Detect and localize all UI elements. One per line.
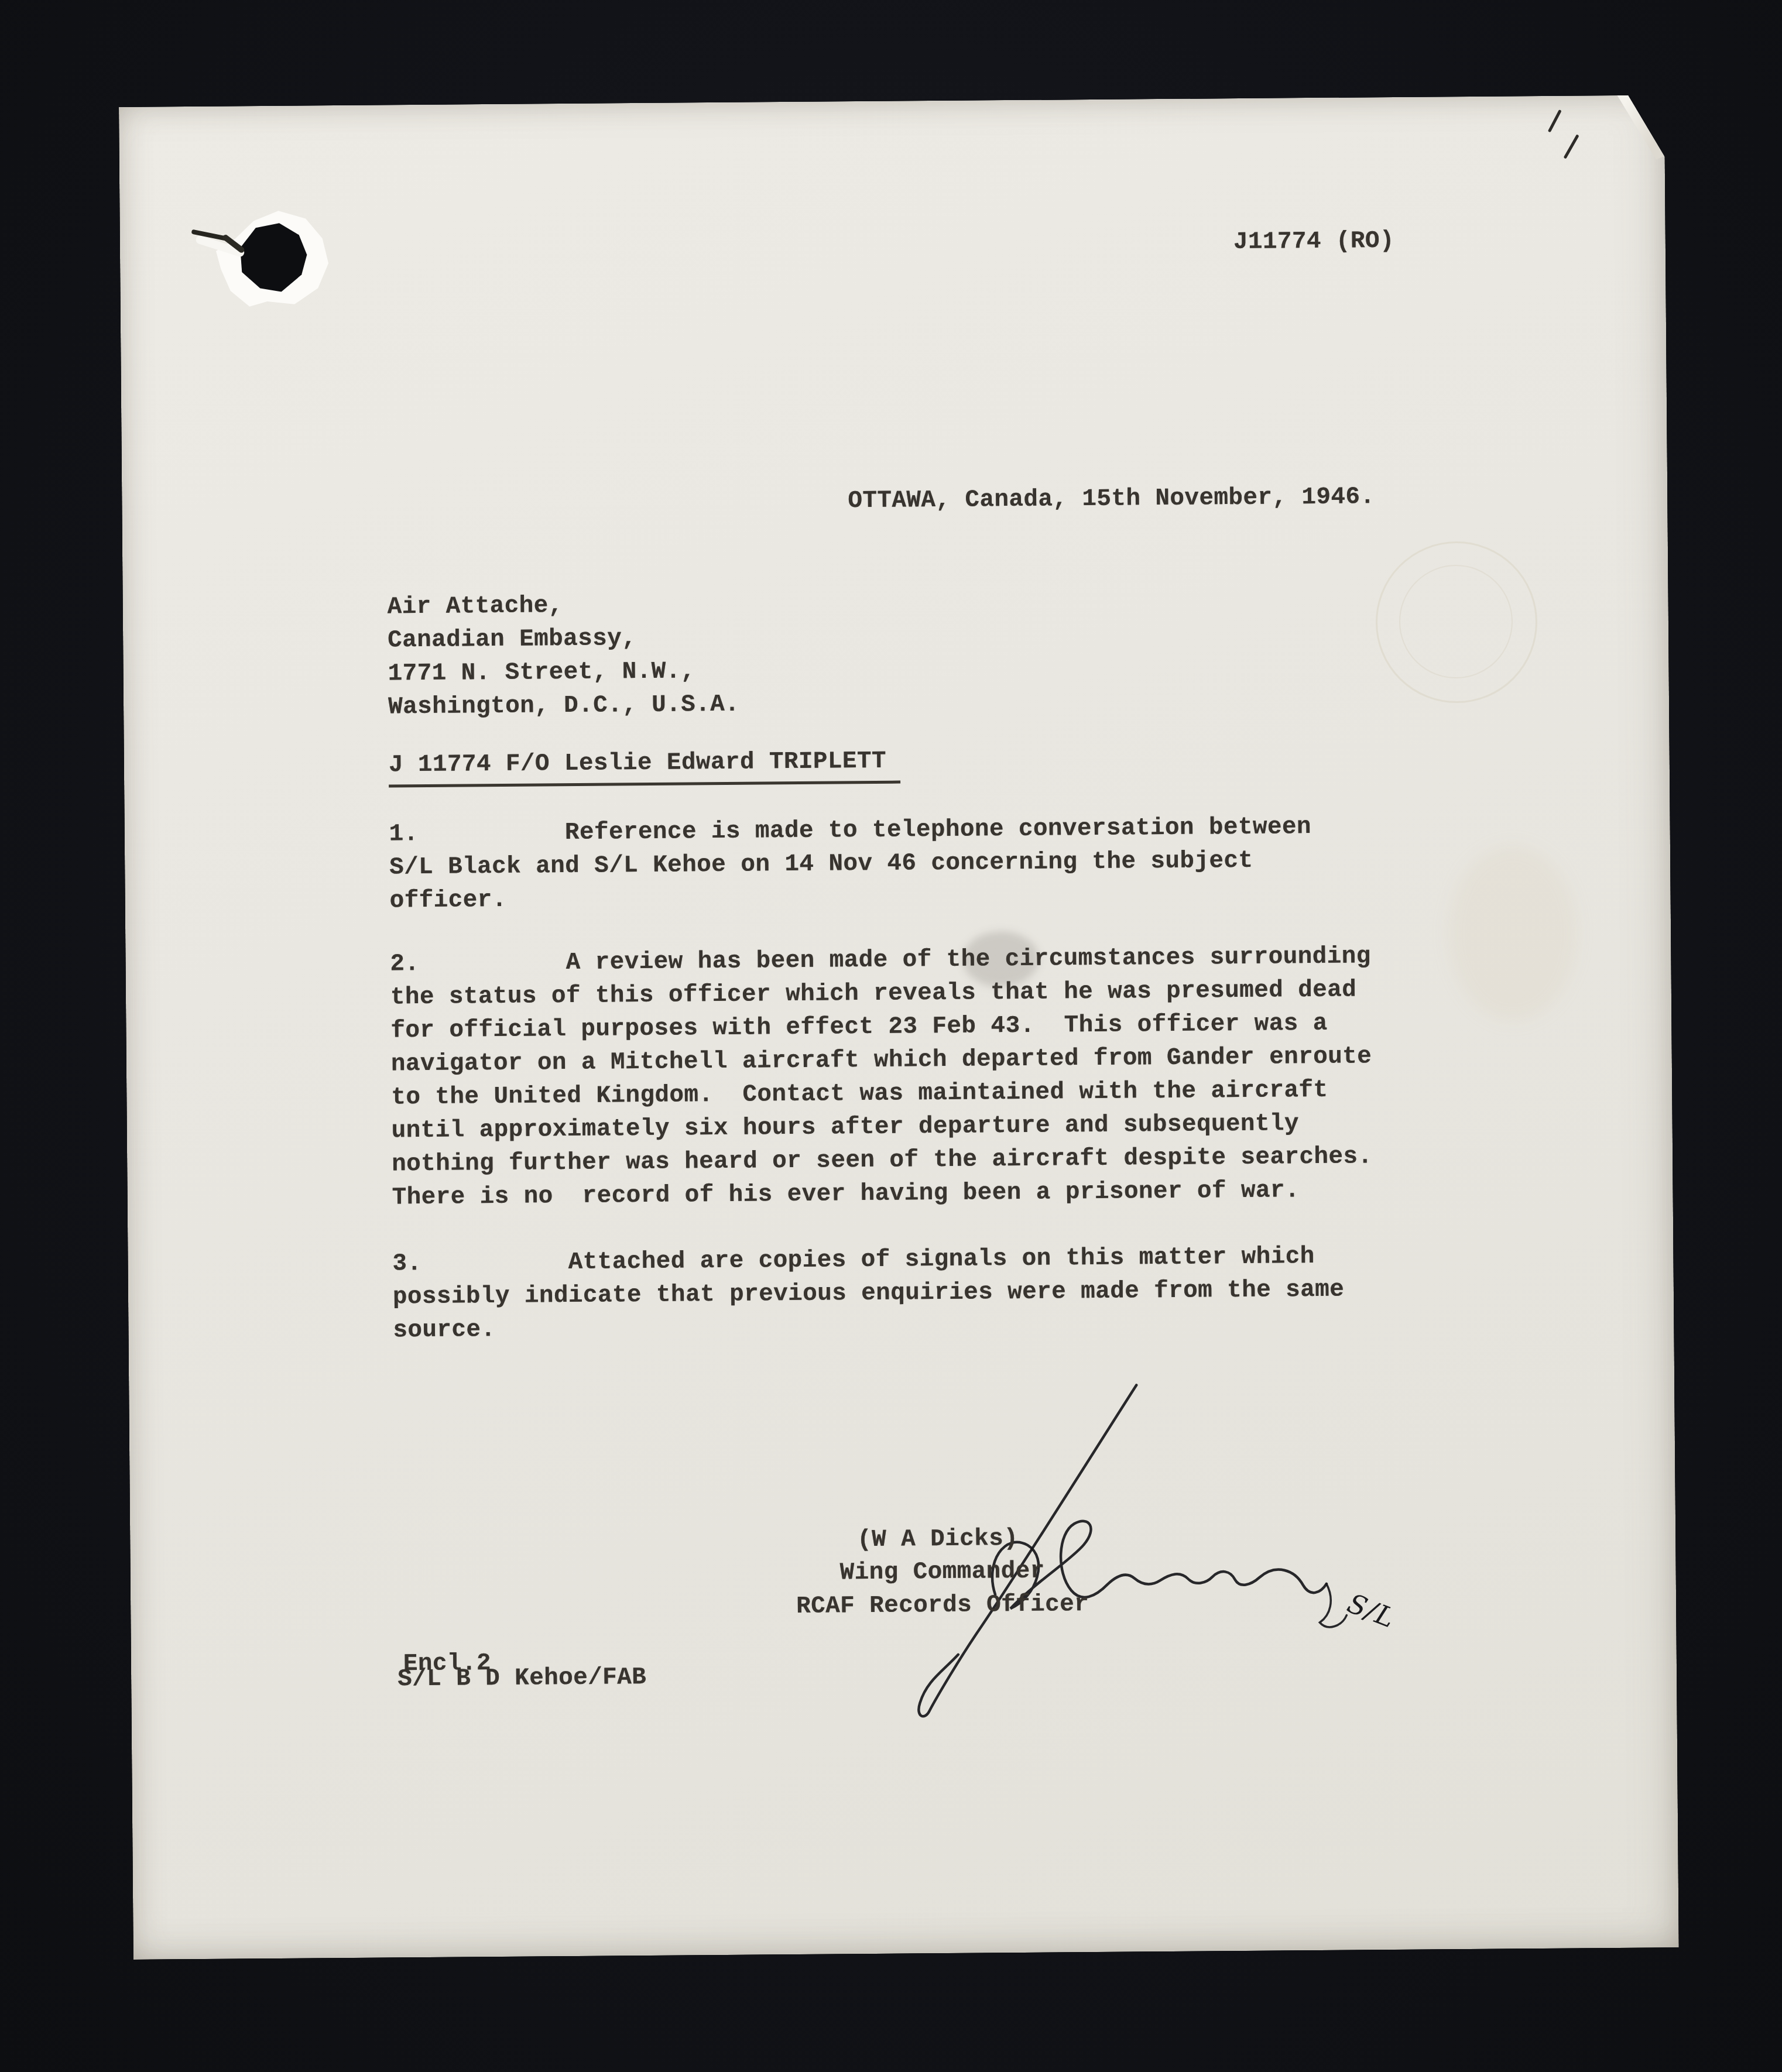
paragraph-3: 3. Attached are copies of signals on thi…	[392, 1240, 1345, 1348]
paper-stain	[1448, 845, 1578, 1021]
paragraph-1: 1. Reference is made to telephone conver…	[389, 811, 1312, 918]
subject-line: J 11774 F/O Leslie Edward TRIPLETT	[389, 745, 901, 788]
signatory-name: (W A Dicks)	[857, 1522, 1018, 1557]
paragraph-2: 2. A review has been made of the circums…	[390, 940, 1373, 1215]
pen-mark	[1548, 109, 1562, 133]
photo-background: J11774 (RO) OTTAWA, Canada, 15th Novembe…	[0, 0, 1782, 2072]
file-reference: J11774 (RO)	[1233, 225, 1394, 259]
pen-mark	[1564, 134, 1579, 159]
recipient-address: Air Attache, Canadian Embassy, 1771 N. S…	[388, 588, 740, 725]
folded-corner	[1616, 95, 1666, 160]
signature-annotation: S/L	[1343, 1587, 1400, 1635]
paper-stain	[1399, 564, 1513, 679]
subject-text: J 11774 F/O Leslie Edward TRIPLETT	[389, 745, 901, 788]
signatory-rank: Wing Commander	[839, 1555, 1044, 1590]
dateline: OTTAWA, Canada, 15th November, 1946.	[848, 481, 1375, 518]
signatory-title: RCAF Records Officer	[796, 1588, 1089, 1624]
drafter-reference: S/L B D Kehoe/FAB	[397, 1661, 647, 1696]
letter-page: J11774 (RO) OTTAWA, Canada, 15th Novembe…	[119, 95, 1679, 1960]
paper-stain	[1375, 541, 1538, 704]
